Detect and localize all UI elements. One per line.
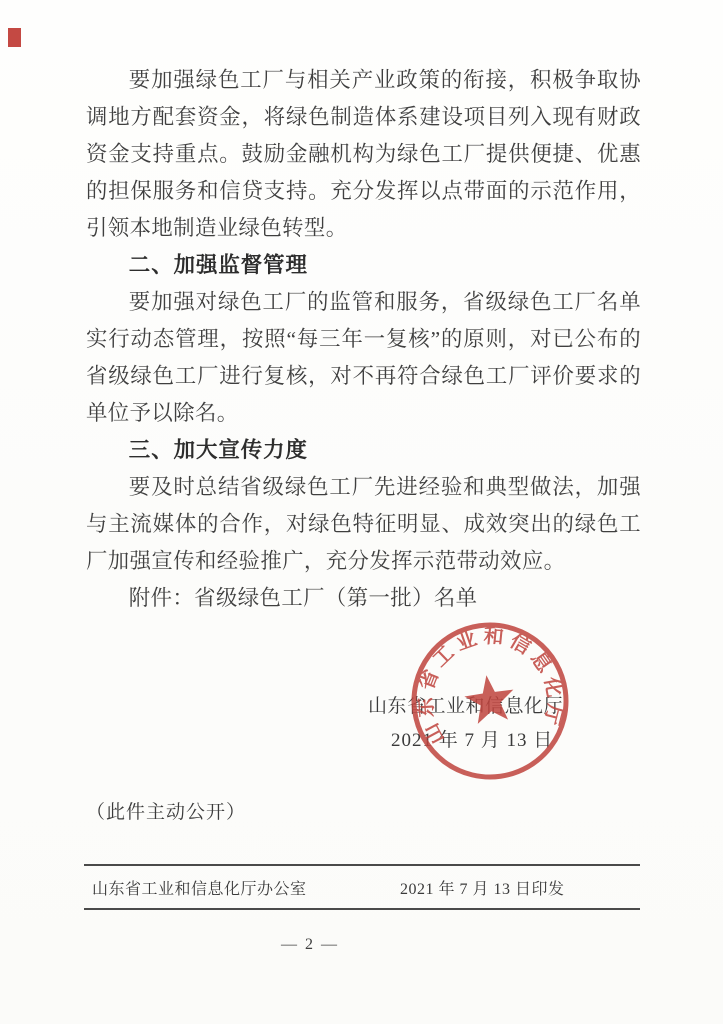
document-page: 要加强绿色工厂与相关产业政策的衔接，积极争取协调地方配套资金，将绿色制造体系建设… bbox=[0, 0, 723, 1024]
official-seal-icon: 山东省工业和信息化厅 bbox=[394, 605, 586, 797]
paragraph-supervision: 要加强对绿色工厂的监管和服务，省级绿色工厂名单实行动态管理，按照“每三年一复核”… bbox=[86, 284, 641, 432]
paragraph-funding-support: 要加强绿色工厂与相关产业政策的衔接，积极争取协调地方配套资金，将绿色制造体系建设… bbox=[86, 62, 641, 247]
red-scan-mark bbox=[8, 28, 21, 47]
paragraph-publicity: 要及时总结省级绿色工厂先进经验和典型做法，加强与主流媒体的合作，对绿色特征明显、… bbox=[86, 469, 641, 580]
footer-rule-bottom bbox=[84, 908, 640, 910]
footer-print-date: 2021 年 7 月 13 日印发 bbox=[400, 876, 565, 899]
footer-issuer: 山东省工业和信息化厅办公室 bbox=[92, 876, 307, 899]
page-number: — 2 — bbox=[250, 936, 370, 954]
document-body: 要加强绿色工厂与相关产业政策的衔接，积极争取协调地方配套资金，将绿色制造体系建设… bbox=[86, 62, 641, 617]
disclosure-note: （此件主动公开） bbox=[86, 797, 246, 824]
heading-supervision: 二、加强监督管理 bbox=[86, 247, 641, 284]
heading-publicity: 三、加大宣传力度 bbox=[86, 432, 641, 469]
seal-star-icon bbox=[462, 672, 517, 725]
footer-rule-top bbox=[84, 864, 640, 866]
